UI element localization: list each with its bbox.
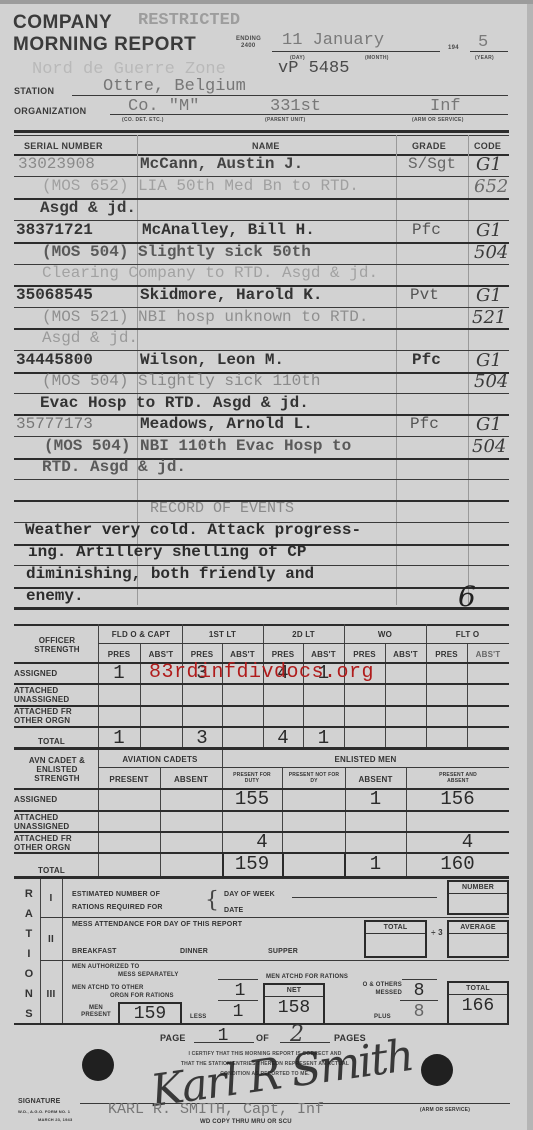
event-line: diminishing, both friendly and xyxy=(26,565,314,583)
col-cadet-absent: ABSENT xyxy=(160,775,222,784)
col-enlisted-absent: ABSENT xyxy=(345,775,406,784)
day-of-week-label: DAY OF WEEK xyxy=(224,890,275,899)
rations-side-label: R A T I O N S xyxy=(18,884,40,1024)
serial-number: 33023908 xyxy=(18,155,95,173)
rations-estimated-line1: ESTIMATED NUMBER OF xyxy=(72,890,163,899)
enl-attached-present-and-absent: 4 xyxy=(416,831,519,853)
subcol-pres: PRES xyxy=(182,650,222,659)
soldier-name: Skidmore, Harold K. xyxy=(140,286,322,304)
serial-number: 35777173 xyxy=(16,415,93,433)
col-cadet-present: PRESENT xyxy=(98,775,160,784)
mos-code: 504 xyxy=(474,371,508,392)
rations-letter: T xyxy=(18,924,40,944)
org-arm-caption: (ARM OR SERVICE) xyxy=(412,117,464,123)
copy-note: WD COPY THRU MRU OR SCU xyxy=(200,1118,292,1127)
remark-line: (MOS 504) Slightly sick 50th xyxy=(42,243,311,261)
remark-line: (MOS 504) Slightly sick 110th xyxy=(42,372,320,390)
officer-total-2lt-abst: 1 xyxy=(303,727,344,749)
soldier-name: Wilson, Leon M. xyxy=(140,351,284,369)
subcol-abst: ABS'T xyxy=(303,650,344,659)
enl-attached-present-for-duty: 4 xyxy=(232,831,292,853)
report-date: 11 January xyxy=(282,31,384,50)
event-line: enemy. xyxy=(26,587,84,605)
rations-letter: A xyxy=(18,904,40,924)
col-name: NAME xyxy=(252,141,280,151)
plus-value: 8 xyxy=(400,1002,438,1022)
mos-code: 521 xyxy=(472,307,506,328)
enl-row-assigned-label: ASSIGNED xyxy=(14,795,94,804)
ending-label-line2: 2400 xyxy=(236,43,261,50)
number-label: NUMBER xyxy=(449,882,507,894)
morning-report-document: COMPANY MORNING REPORT RESTRICTED ENDING… xyxy=(0,0,533,1130)
o-others-line1: O & OTHERS xyxy=(334,981,402,989)
brace-icon: { xyxy=(205,888,219,913)
number-box: NUMBER xyxy=(447,880,509,915)
code: G1 xyxy=(476,220,502,241)
subcol-pres: PRES xyxy=(263,650,303,659)
rations-letter: S xyxy=(18,1004,40,1024)
rations-letter: R xyxy=(18,884,40,904)
organization-label: ORGANIZATION xyxy=(14,106,86,116)
margin-mark: 6 xyxy=(458,580,476,613)
remark-line: Asgd & jd. xyxy=(42,329,138,347)
supper-label: SUPPER xyxy=(268,947,298,956)
officer-total-2lt-pres: 4 xyxy=(263,727,303,749)
rations-total-box: TOTAL 166 xyxy=(447,981,509,1023)
rations-total-label: TOTAL xyxy=(449,983,507,995)
officer-total-1lt-pres: 3 xyxy=(182,727,222,749)
arm-or-service-caption: (ARM OR SERVICE) xyxy=(420,1106,470,1115)
row-assigned-label: ASSIGNED xyxy=(14,669,94,678)
plus-label: PLUS xyxy=(374,1013,391,1022)
remark-line: Evac Hosp to RTD. Asgd & jd. xyxy=(40,394,309,412)
mos-code: 504 xyxy=(474,242,508,263)
grade: Pfc xyxy=(412,221,441,239)
rations-estimated-label: ESTIMATED NUMBER OF RATIONS REQUIRED FOR xyxy=(72,890,163,912)
grade: S/Sgt xyxy=(408,155,456,173)
serial-number: 35068545 xyxy=(16,286,93,304)
title-morning-report: MORNING REPORT xyxy=(13,34,196,55)
event-line: ing. Artillery shelling of CP xyxy=(28,543,306,561)
enlisted-men-heading: ENLISTED MEN xyxy=(222,755,509,764)
month-caption: (MONTH) xyxy=(365,55,389,61)
mess-separately-label: MEN AUTHORIZED TO MESS SEPARATELY xyxy=(72,963,179,979)
serial-number: 38371721 xyxy=(16,221,93,239)
event-line: Weather very cold. Attack progress- xyxy=(25,521,361,539)
subcol-pres: PRES xyxy=(426,650,467,659)
soldier-name: McAnalley, Bill H. xyxy=(142,221,315,239)
rations-section-ii-numeral: II xyxy=(40,935,62,944)
officer-total-fld-pres: 1 xyxy=(98,727,140,749)
row-total-label: TOTAL xyxy=(38,737,98,746)
page-number: 1 xyxy=(208,1026,238,1046)
code: G1 xyxy=(476,154,502,175)
officer-group-2d-lt: 2D LT xyxy=(263,630,344,639)
year-caption: (YEAR) xyxy=(475,55,494,61)
subcol-abst: ABS'T xyxy=(222,650,263,659)
top-edge xyxy=(0,0,533,4)
less-value: 1 xyxy=(218,1002,258,1022)
o-others-messed-label: O & OTHERS MESSED xyxy=(334,981,402,997)
rations-estimated-line2: RATIONS REQUIRED FOR xyxy=(72,903,163,912)
dinner-label: DINNER xyxy=(180,947,208,956)
officer-group-wo: WO xyxy=(344,630,426,639)
subcol-abst: ABS'T xyxy=(140,650,182,659)
date-label: DATE xyxy=(224,906,243,915)
ending-label-line1: ENDING xyxy=(236,36,261,43)
signature-label: SIGNATURE xyxy=(18,1097,61,1106)
net-value: 158 xyxy=(265,998,323,1018)
code: G1 xyxy=(476,350,502,371)
enl-row-total-label: TOTAL xyxy=(38,866,98,875)
enl-row-attached-unassigned-label: ATTACHED UNASSIGNED xyxy=(14,813,84,831)
record-of-events-heading: RECORD OF EVENTS xyxy=(150,500,294,517)
mess-total-box: TOTAL xyxy=(364,920,427,958)
less-label: LESS xyxy=(190,1013,206,1022)
subcol-pres: PRES xyxy=(344,650,385,659)
enl-assigned-present-for-duty: 155 xyxy=(222,788,282,810)
officer-strength-title: OFFICER STRENGTH xyxy=(18,636,96,654)
col-grade: GRADE xyxy=(412,141,446,151)
soldier-name: McCann, Austin J. xyxy=(140,155,303,173)
enlisted-strength-title: AVN CADET & ENLISTED STRENGTH xyxy=(18,756,96,783)
enl-total-present-for-duty: 159 xyxy=(222,853,282,875)
mess-attendance-label: MESS ATTENDANCE FOR DAY OF THIS REPORT xyxy=(72,920,242,929)
average-label: AVERAGE xyxy=(449,922,507,934)
remark-line: RTD. Asgd & jd. xyxy=(42,458,186,476)
col-present-not-for-duty: PRESENT NOT FOR DY xyxy=(288,772,340,784)
men-present-line2: PRESENT xyxy=(76,1012,116,1019)
remark-line: (MOS 504) NBI 110th Evac Hosp to xyxy=(44,437,351,455)
net-box: NET 158 xyxy=(263,983,325,1023)
remark-line: Clearing Company to RTD. Asgd & jd. xyxy=(42,264,378,282)
remark-line: (MOS 652) LIA 50th Med Bn to RTD. xyxy=(42,177,359,195)
row-attached-unassigned-label: ATTACHED UNASSIGNED xyxy=(14,686,84,704)
title-company: COMPANY xyxy=(13,12,112,33)
grid-reference: vP 5485 xyxy=(278,59,349,78)
org-parent-caption: (PARENT UNIT) xyxy=(265,117,305,123)
men-atchd-other-value: 1 xyxy=(220,981,260,1001)
o-others-messed-value: 8 xyxy=(400,981,438,1001)
enl-total-present-and-absent: 160 xyxy=(406,853,509,875)
form-id-line2: MARCH 23, 1943 xyxy=(38,1115,72,1124)
grade: Pfc xyxy=(412,351,441,369)
rations-section-i-numeral: I xyxy=(40,894,62,903)
station-label: STATION xyxy=(14,86,54,96)
code: G1 xyxy=(476,285,502,306)
grade: Pfc xyxy=(410,415,439,433)
subcol-abst: ABS'T xyxy=(385,650,426,659)
officer-group-1st-lt: 1ST LT xyxy=(182,630,263,639)
signer-name: KARL R. SMITH, Capt, Inf xyxy=(108,1101,324,1118)
breakfast-label: BREAKFAST xyxy=(72,947,117,956)
col-present-for-duty: PRESENT FOR DUTY xyxy=(228,772,276,784)
rations-section-iii-numeral: III xyxy=(40,990,62,999)
year-digit: 5 xyxy=(478,33,488,52)
net-label: NET xyxy=(265,985,323,997)
enl-total-absent: 1 xyxy=(345,853,406,875)
col-serial-number: SERIAL NUMBER xyxy=(24,141,103,151)
row-attached-fr-other-orgn-label: ATTACHED FR OTHER ORGN xyxy=(14,707,94,725)
officer-group-fld-o-capt: FLD O & CAPT xyxy=(100,630,182,639)
rations-letter: O xyxy=(18,964,40,984)
divide-by-three: ÷ 3 xyxy=(428,928,446,937)
rations-total-value: 166 xyxy=(449,996,507,1016)
officer-group-flt-o: FLT O xyxy=(426,630,509,639)
rations-letter: I xyxy=(18,944,40,964)
org-company-caption: (CO. DET. ETC.) xyxy=(122,117,164,123)
o-others-line2: MESSED xyxy=(334,989,402,997)
mess-total-label: TOTAL xyxy=(366,922,425,934)
men-atchd-other-orgn-label: MEN ATCHD TO OTHER ORGN FOR RATIONS xyxy=(72,984,174,1000)
station-value: Ottre, Belgium xyxy=(103,77,246,96)
col-present-and-absent: PRESENT AND ABSENT xyxy=(430,772,486,784)
men-present-value: 159 xyxy=(120,1004,180,1024)
enl-assigned-absent: 1 xyxy=(345,788,406,810)
code: G1 xyxy=(476,414,502,435)
of-label: OF xyxy=(256,1034,269,1043)
soldier-name: Meadows, Arnold L. xyxy=(140,415,313,433)
page-label: PAGE xyxy=(160,1034,186,1043)
enl-row-attached-fr-other-orgn-label: ATTACHED FR OTHER ORGN xyxy=(14,834,94,852)
aviation-cadets-heading: AVIATION CADETS xyxy=(98,755,222,764)
grade: Pvt xyxy=(410,286,439,304)
officer-assigned-fld-pres: 1 xyxy=(98,662,140,684)
men-present-box: 159 xyxy=(118,1002,182,1024)
binder-hole-left xyxy=(82,1049,114,1081)
col-code: CODE xyxy=(474,141,501,151)
men-present-line1: MEN xyxy=(76,1005,116,1012)
average-box: AVERAGE xyxy=(447,920,509,958)
men-present-label: MEN PRESENT xyxy=(76,1005,116,1019)
classification-stamp: RESTRICTED xyxy=(138,11,240,30)
men-atchd-other-line1: MEN ATCHD TO OTHER xyxy=(72,984,174,992)
remark-line: Asgd & jd. xyxy=(40,199,136,217)
enl-assigned-present-and-absent: 156 xyxy=(406,788,509,810)
mess-separately-line1: MEN AUTHORIZED TO xyxy=(72,963,179,971)
total-pages: 2 xyxy=(290,1022,304,1047)
subcol-abst: ABS'T xyxy=(467,650,509,659)
mos-code: 504 xyxy=(472,436,506,457)
binder-hole-right xyxy=(421,1054,453,1086)
subcol-pres: PRES xyxy=(98,650,140,659)
year-prefix: 194 xyxy=(448,45,459,51)
serial-number: 34445800 xyxy=(16,351,93,369)
rations-letter: N xyxy=(18,984,40,1004)
mess-separately-line2: MESS SEPARATELY xyxy=(72,971,179,979)
men-atchd-other-line2: ORGN FOR RATIONS xyxy=(72,992,174,1000)
ending-label: ENDING 2400 xyxy=(236,36,261,50)
remark-line: (MOS 521) NBI hosp unknown to RTD. xyxy=(42,308,368,326)
website-watermark: 83rdinfdivdocs.org xyxy=(149,661,374,684)
mos-code: 652 xyxy=(474,176,508,197)
